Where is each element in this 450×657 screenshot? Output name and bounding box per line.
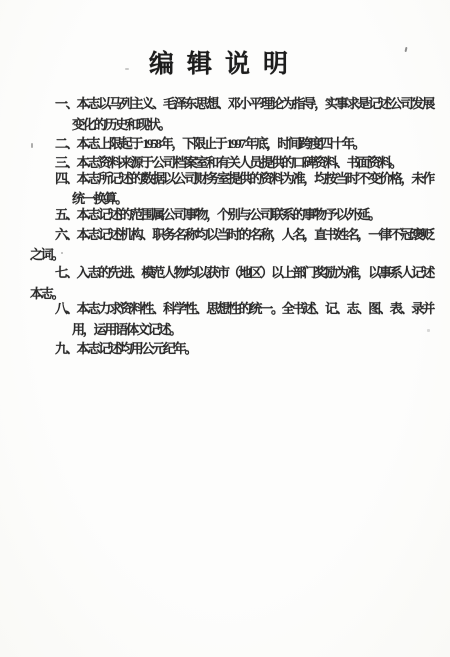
editorial-note-line-8-wrap: 用，运用语体文记述。 [72,322,180,337]
scan-artifact [31,143,33,148]
editorial-note-line-8: 八、本志力求资料性、科学性、思想性的统一。全书述、记、志、图、表、录并 [55,301,433,316]
scanned-book-page: 编辑说明 一、本志以马列主义、毛泽东思想、邓小平理论为指导，实事求是记述公司发展… [0,0,450,657]
editorial-note-line-7-wrap: 本志。 [30,286,62,301]
editorial-note-line-1: 一、本志以马列主义、毛泽东思想、邓小平理论为指导，实事求是记述公司发展 [55,96,433,111]
editorial-note-line-6: 六、本志记述机构、职务名称均以当时的名称，人名，直书姓名，一律不冠褒贬 [55,227,433,242]
editorial-note-line-4-wrap: 统一换算。 [72,191,126,206]
page-title: 编辑说明 [0,44,450,80]
editorial-note-line-2: 二、本志上限起于 1958 年，下限止于 1997 年底，时间跨度四十年。 [55,136,364,151]
editorial-note-line-6-wrap: 之词。 [30,247,62,262]
editorial-note-line-7: 七、入志的先进、模范人物均以获市（地区）以上部门奖励为准，以事系人记述 [55,265,433,280]
editorial-note-line-3: 三、本志资料来源于公司档案室和有关人员提供的口碑资料、书面资料。 [55,155,401,170]
scan-artifact [61,252,63,254]
editorial-note-line-5: 五、本志记述的范围属公司事物，个别与公司联系的事物予以外延。 [55,207,379,222]
editorial-note-line-1-wrap: 变化的历史和现状。 [72,117,169,132]
editorial-note-line-4: 四、本志所记述的数据以公司财务室提供的资料为准，均按当时不变价格，未作 [55,171,433,186]
scan-artifact [125,68,129,70]
scan-artifact [427,329,430,332]
editorial-note-line-9: 九、本志记述均用公元纪年。 [55,341,195,356]
